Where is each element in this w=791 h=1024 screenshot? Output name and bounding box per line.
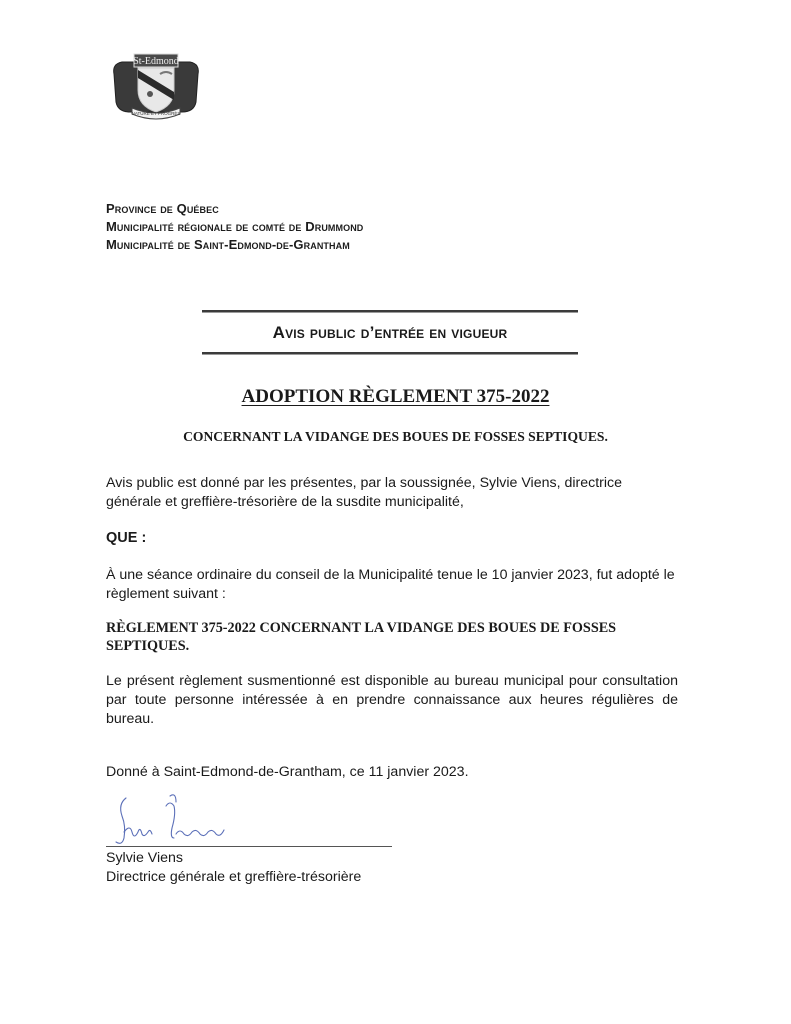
- bottom-divider: [202, 352, 578, 355]
- signer-block: Sylvie Viens Directrice générale et gref…: [106, 849, 361, 887]
- svg-text:St-Edmond: St-Edmond: [133, 56, 179, 67]
- signer-title: Directrice générale et greffière-trésori…: [106, 868, 361, 887]
- intro-paragraph: Avis public est donné par les présentes,…: [106, 474, 678, 512]
- notice-title: Avis public d’entrée en vigueur: [202, 323, 578, 343]
- letterhead: Province de Québec Municipalité régional…: [106, 200, 363, 254]
- notice-banner: Avis public d’entrée en vigueur: [202, 310, 578, 355]
- availability-paragraph: Le présent règlement susmentionné est di…: [106, 672, 678, 729]
- svg-text:NATURE ET PROGRÈS: NATURE ET PROGRÈS: [132, 110, 181, 116]
- header-line-municipality: Municipalité de Saint-Edmond-de-Grantham: [106, 236, 363, 254]
- header-line-province: Province de Québec: [106, 200, 363, 218]
- meeting-paragraph: À une séance ordinaire du conseil de la …: [106, 566, 678, 604]
- que-label: QUE :: [106, 530, 146, 546]
- given-date-line: Donné à Saint-Edmond-de-Grantham, ce 11 …: [106, 763, 678, 782]
- signature-line: [106, 846, 392, 847]
- adoption-heading: ADOPTION RÈGLEMENT 375-2022: [0, 386, 791, 408]
- document-page: St-Edmond NATURE ET PROGRÈS Province de …: [0, 0, 791, 1024]
- subject-heading: CONCERNANT LA VIDANGE DES BOUES DE FOSSE…: [0, 429, 791, 445]
- signer-name: Sylvie Viens: [106, 849, 361, 868]
- top-divider: [202, 310, 578, 313]
- header-line-mrc: Municipalité régionale de comté de Drumm…: [106, 218, 363, 236]
- adoption-title: ADOPTION RÈGLEMENT 375-2022: [242, 386, 550, 407]
- handwritten-signature-icon: [104, 792, 214, 848]
- reglement-title: RÈGLEMENT 375-2022 CONCERNANT LA VIDANGE…: [106, 619, 678, 655]
- municipal-crest-icon: St-Edmond NATURE ET PROGRÈS: [108, 52, 204, 124]
